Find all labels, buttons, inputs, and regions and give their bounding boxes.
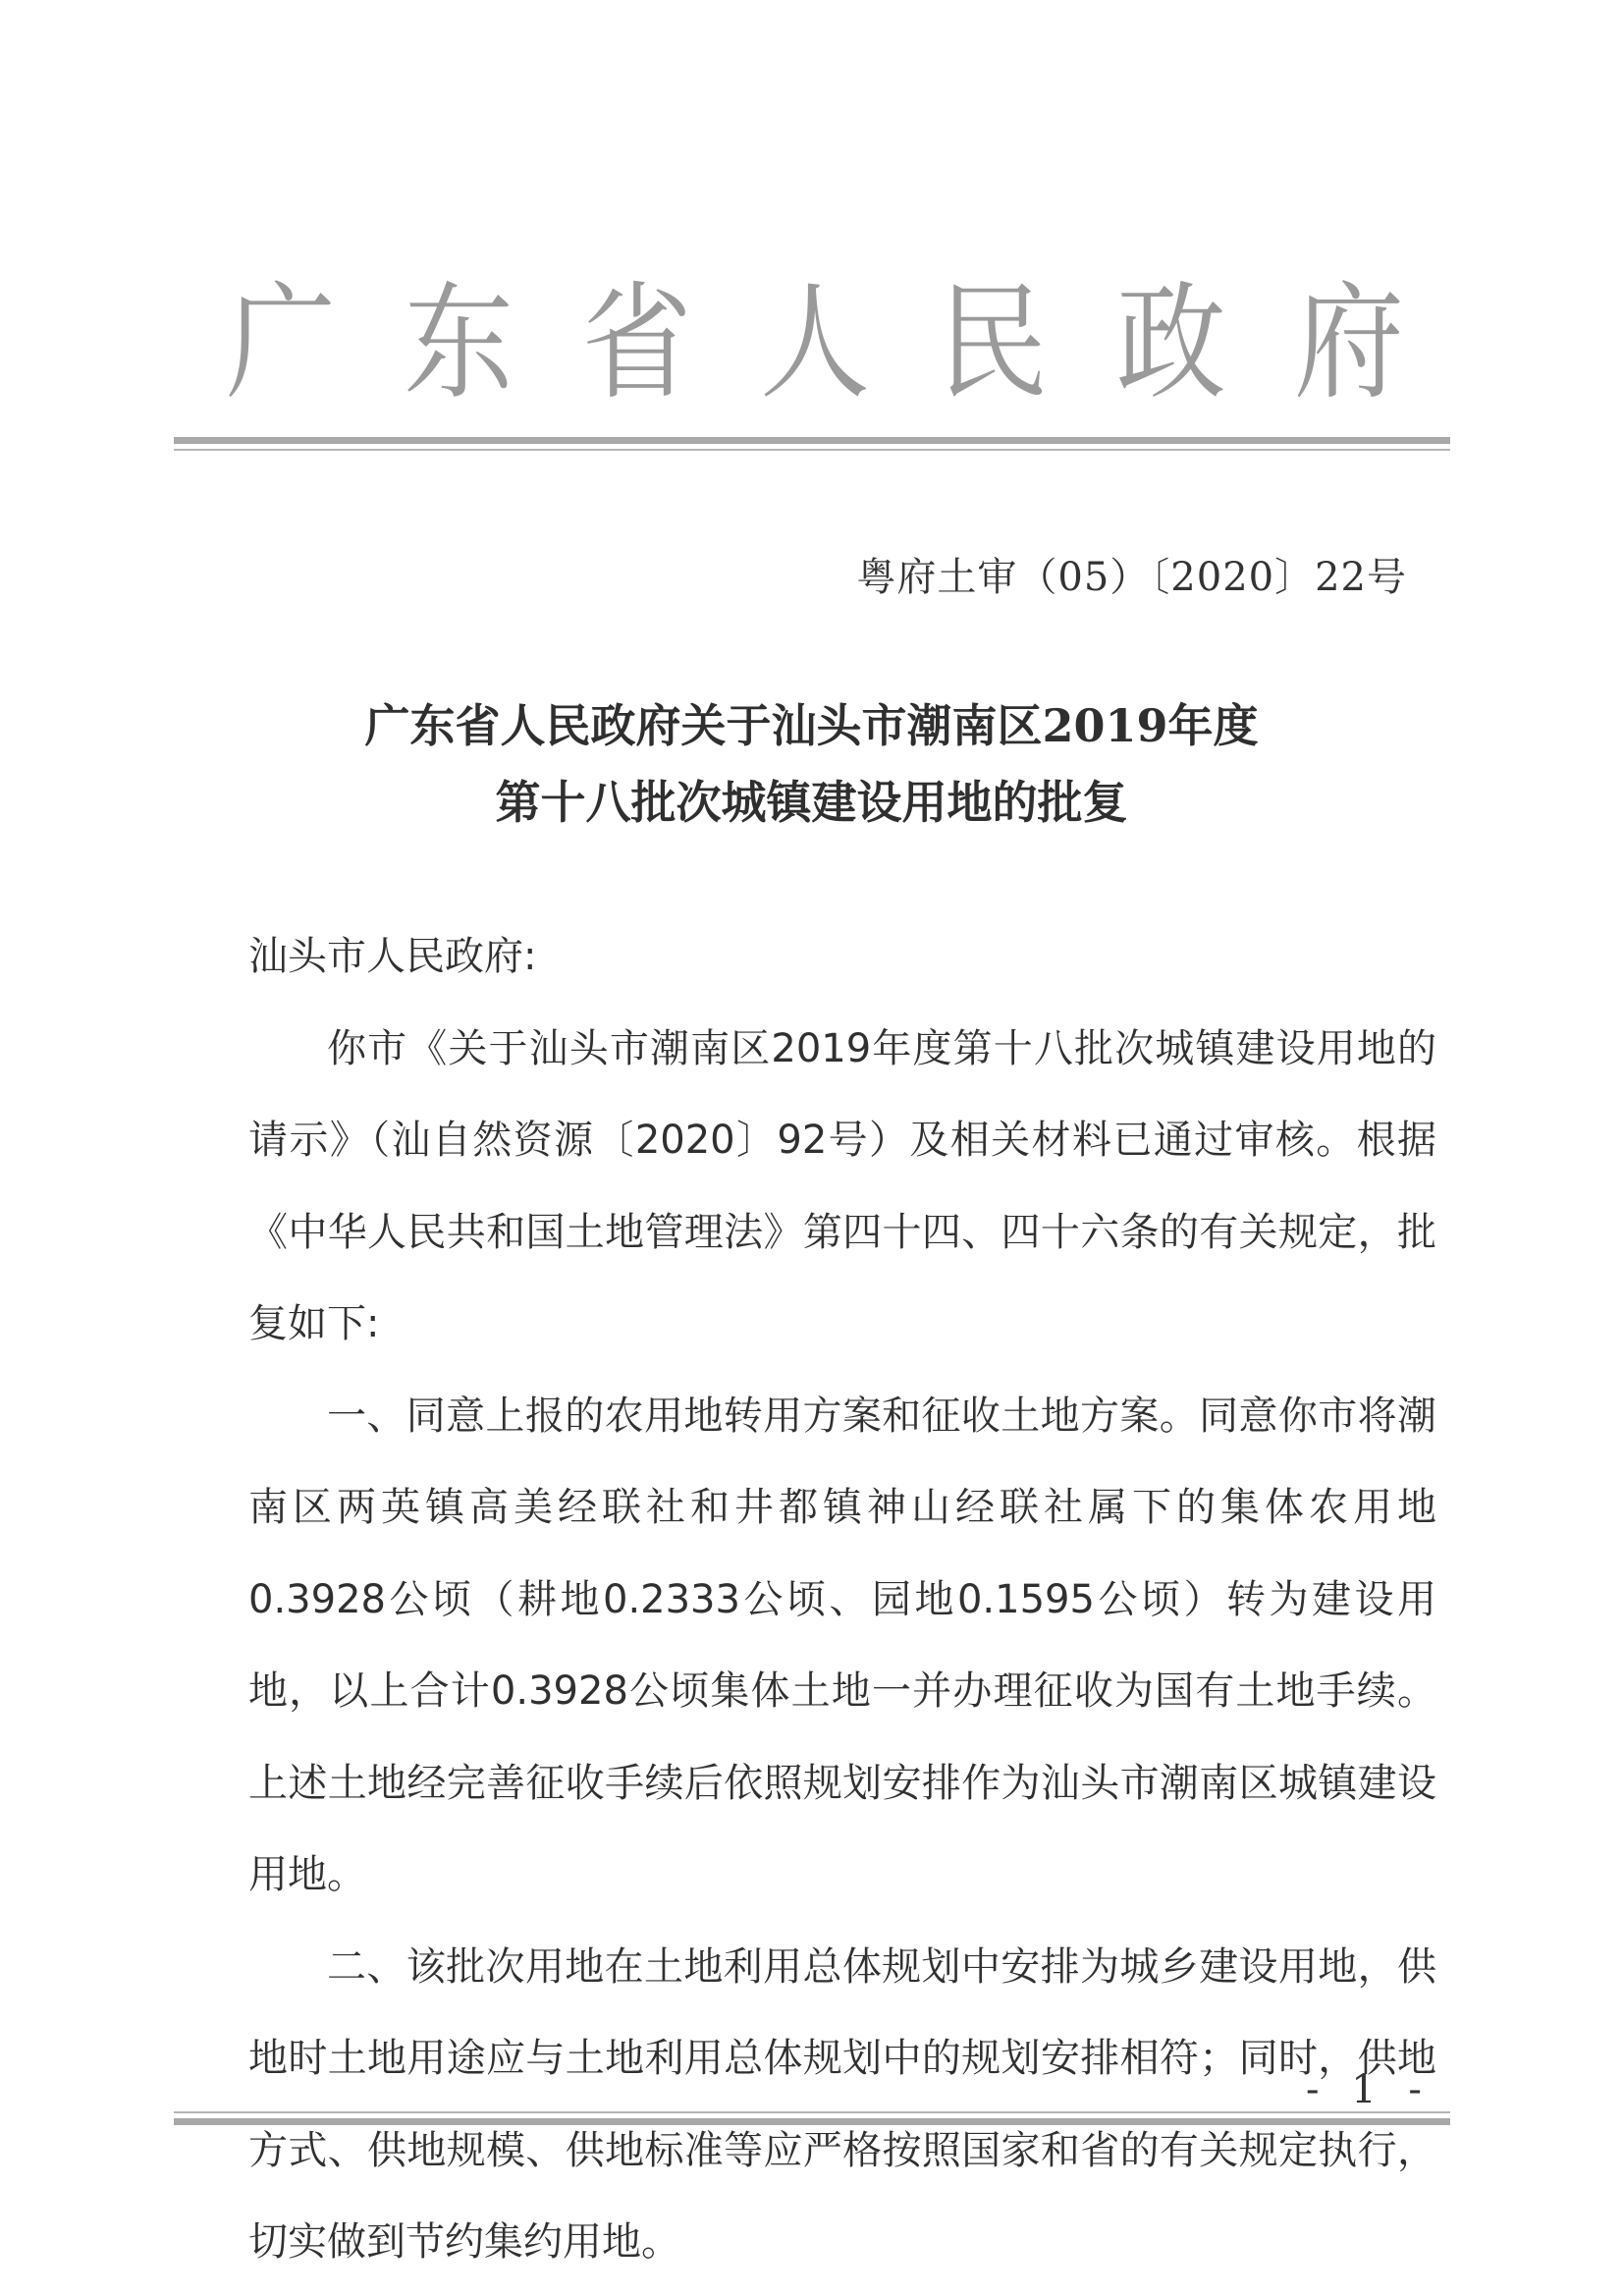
masthead-char: 政 <box>1116 276 1226 411</box>
footer-divider-thin <box>174 2111 1450 2113</box>
masthead-char: 民 <box>938 276 1048 411</box>
masthead-char: 府 <box>1294 276 1404 411</box>
header-divider-thin <box>174 449 1450 451</box>
page-number: - 1 - <box>1306 2067 1432 2112</box>
footer-divider-thick <box>174 2118 1450 2125</box>
masthead-char: 东 <box>404 276 514 411</box>
title-line-1: 广东省人民政府关于汕头市潮南区2019年度 <box>0 687 1623 764</box>
title-line-2: 第十八批次城镇建设用地的批复 <box>0 764 1623 841</box>
header-divider-thick <box>174 437 1450 444</box>
masthead-char: 广 <box>226 276 336 411</box>
intro-paragraph: 你市《关于汕头市潮南区2019年度第十八批次城镇建设用地的请示》（汕自然资源〔2… <box>248 1004 1436 1371</box>
salutation: 汕头市人民政府: <box>248 911 1436 1004</box>
masthead-char: 省 <box>582 276 692 411</box>
document-number: 粤府土审（05）〔2020〕22号 <box>856 546 1407 602</box>
document-title: 广东省人民政府关于汕头市潮南区2019年度 第十八批次城镇建设用地的批复 <box>0 687 1623 841</box>
section-2-paragraph: 二、该批次用地在土地利用总体规划中安排为城乡建设用地，供地时土地用途应与土地利用… <box>248 1922 1436 2289</box>
issuer-masthead: 广 东 省 人 民 政 府 <box>226 285 1404 403</box>
section-1-paragraph: 一、同意上报的农用地转用方案和征收土地方案。同意你市将潮南区两英镇高美经联社和井… <box>248 1371 1436 1922</box>
masthead-char: 人 <box>760 276 870 411</box>
document-body: 汕头市人民政府: 你市《关于汕头市潮南区2019年度第十八批次城镇建设用地的请示… <box>248 911 1436 2289</box>
